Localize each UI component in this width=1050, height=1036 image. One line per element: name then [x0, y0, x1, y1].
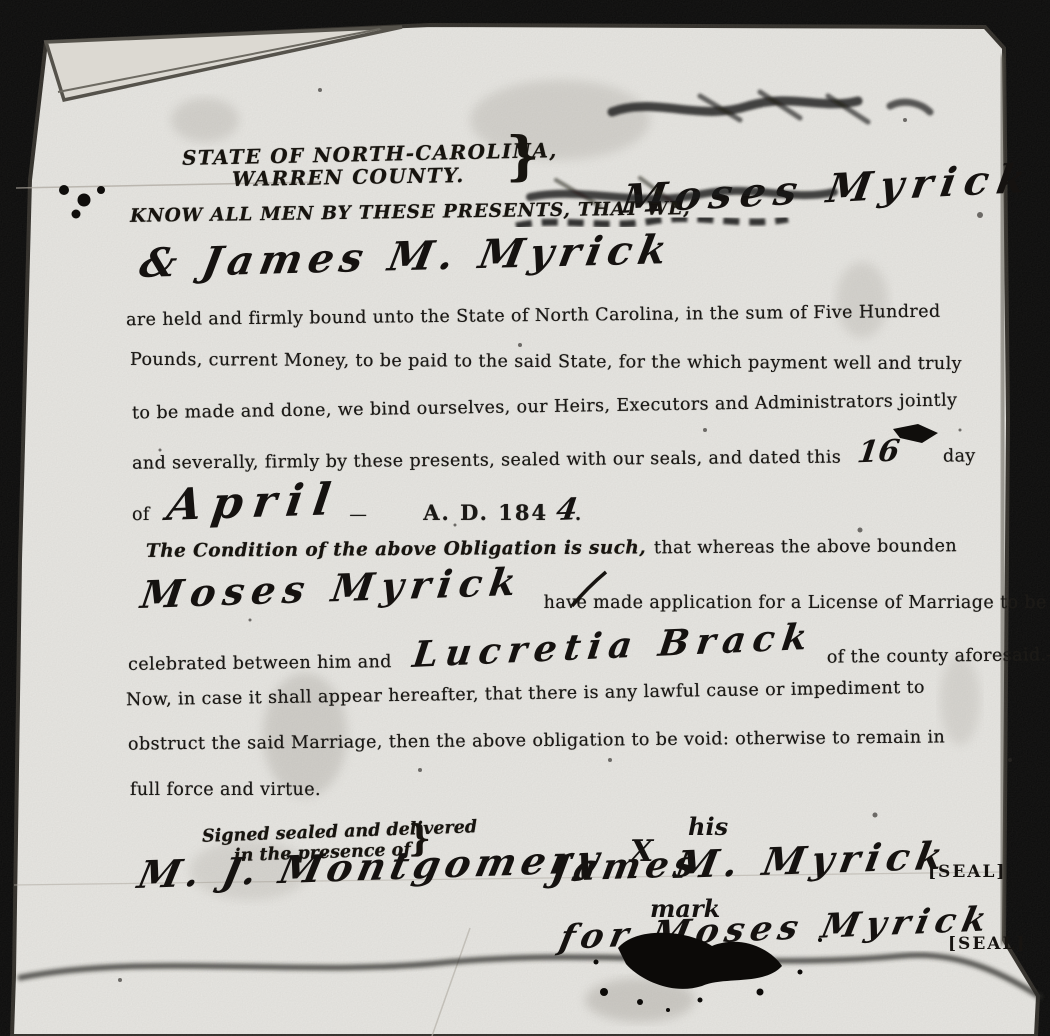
bride-name-handwritten: Lucretia Brack [410, 616, 817, 676]
celebrated-pre: celebrated between him and [128, 652, 392, 675]
year-printed: A. D. 184 [423, 500, 548, 525]
obligor2-name-handwritten: & James M. Myrick [136, 226, 677, 287]
obligor-name-handwritten: Moses Myrick [618, 155, 1037, 223]
bond-line-4-day-word: day [943, 446, 976, 466]
proxy-signature-handwritten: for Moses Myrick [556, 899, 996, 958]
seal-1: [SEAL] [928, 862, 1006, 882]
document-text: STATE OF NORTH-CAROLINA, WARREN COUNTY. … [0, 0, 1050, 1036]
bond-line-3: to be made and done, we bind ourselves, … [132, 391, 958, 424]
mark-x: X [630, 834, 653, 869]
now-line: Now, in case it shall appear hereafter, … [126, 678, 925, 711]
applicant-name-handwritten: Moses Myrick [138, 559, 526, 617]
bond-line-4: and severally, firmly by these presents,… [132, 434, 976, 476]
bond-line-2: Pounds, current Money, to be paid to the… [130, 350, 962, 374]
opening-printed-line: KNOW ALL MEN BY THESE PRESENTS, THAT WE, [130, 198, 691, 227]
date-dash: — [349, 505, 367, 525]
closing-line: full force and virtue. [130, 780, 321, 800]
header-brace: } [506, 126, 539, 187]
obstruct-line: obstruct the said Marriage, then the abo… [128, 727, 945, 754]
month-handwritten: April [164, 474, 344, 531]
bond-line-5: of April — A. D. 184 4 . [132, 480, 581, 531]
condition-emphasis: The Condition of the above Obligation is… [146, 537, 646, 561]
celebrated-line: celebrated between him and Lucretia Brac… [128, 627, 1050, 679]
application-line: Moses Myrick have made application for a… [138, 572, 1047, 617]
celebrated-post: of the county aforesaid.— [827, 645, 1050, 667]
condition-line-1: The Condition of the above Obligation is… [146, 535, 957, 562]
seal-2: [SEAL] [948, 934, 1026, 954]
bond-line-4-printed: and severally, firmly by these presents,… [132, 447, 841, 473]
application-printed: have made application for a License of M… [544, 593, 1047, 613]
scanned-document-page: STATE OF NORTH-CAROLINA, WARREN COUNTY. … [0, 0, 1050, 1036]
of-word: of [132, 505, 150, 525]
mark-his-word: his [688, 812, 728, 841]
bond-line-1: are held and firmly bound unto the State… [126, 302, 941, 331]
condition-after-emphasis: that whereas the above bounden [654, 536, 957, 558]
day-number-handwritten: 16 [855, 434, 902, 471]
header-county-line: WARREN COUNTY. [232, 163, 465, 191]
signer-last-name-handwritten: M. Myrick [672, 833, 952, 887]
